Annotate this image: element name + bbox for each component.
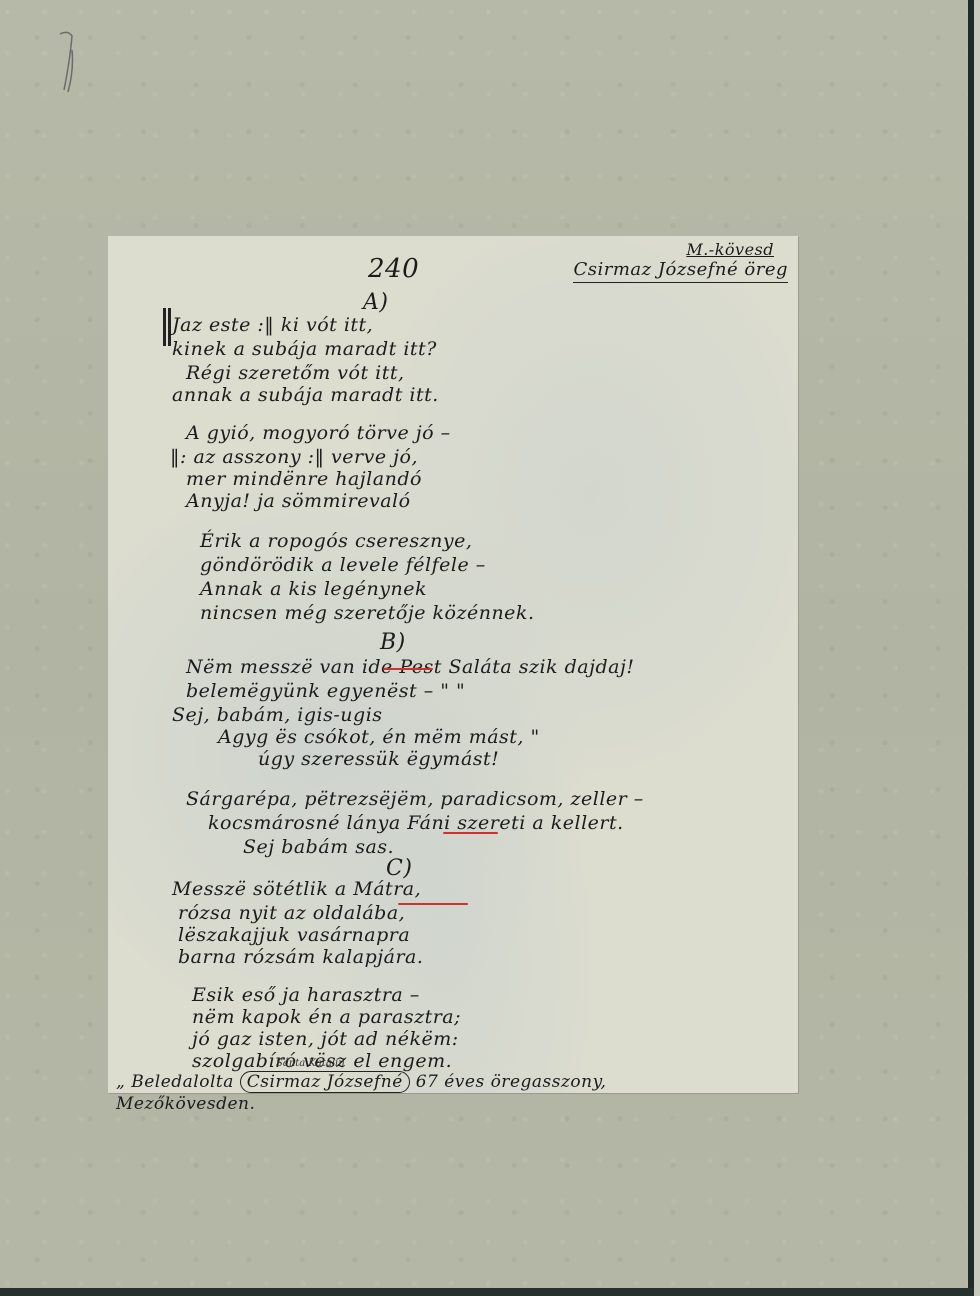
footer-suffix: 67 éves öregasszony, (416, 1072, 607, 1092)
section-label-a: A) (363, 290, 388, 315)
verse-line: Agyg ës csókot, én mëm mást, " (218, 726, 540, 748)
page-number: 240 (368, 254, 419, 284)
pencil-mark-icon (58, 30, 82, 100)
verse-line: Messzë sötétlik a Mátra, (172, 878, 421, 900)
red-underline-fani (443, 832, 498, 834)
verse-line: belemëgyünk egyenëst – " " (186, 680, 465, 702)
repeat-mark (168, 308, 171, 346)
verse-line: Sej, babám, igis-ugis (172, 704, 383, 726)
header-place: M.-kövesd (573, 240, 774, 259)
verse-line: jó gaz isten, jót ad nékëm: (192, 1028, 459, 1050)
verse-line: Érik a ropogós cseresznye, (200, 530, 472, 552)
verse-line: Anyja! ja sömmirevaló (186, 490, 411, 512)
verse-line: Annak a kis legénynek (200, 578, 427, 600)
verse-line: Jaz este :‖ ki vót itt, (172, 314, 373, 336)
verse-line: rózsa nyit az oldalába, (178, 902, 405, 924)
verse-line: Nëm messzë van ide Pest Saláta szik dajd… (186, 656, 634, 678)
verse-line: nincsen még szeretője közénnek. (200, 602, 534, 624)
header-informant: Csirmaz Józsefné öreg (573, 259, 788, 283)
footer-place: Mezőkövesden. (116, 1094, 255, 1114)
verse-line: úgy szeressük ëgymást! (258, 748, 499, 770)
verse-line: Sárgarépa, pëtrezsëjëm, paradicsom, zell… (186, 788, 644, 810)
section-label-b: B) (380, 630, 406, 655)
red-underline-matra (398, 903, 468, 905)
red-underline-pest (383, 668, 433, 670)
footer-note: „ Beledalolta Csirmaz Józsefné 67 éves ö… (116, 1072, 606, 1092)
verse-line-text: Nëm messzë van ide Pest Saláta szik dajd… (186, 656, 634, 678)
verse-line: barna rózsám kalapjára. (178, 946, 423, 968)
verse-line: kocsmárosné lánya Fáni szereti a kellert… (208, 812, 624, 834)
footer-prefix: „ Beledalolta (116, 1072, 234, 1092)
verse-line: Sej babám sas. (243, 836, 394, 858)
board-edge-right-light (974, 0, 980, 1296)
verse-line: nëm kapok én a parasztra; (192, 1006, 461, 1028)
verse-line: lëszakajjuk vasárnapra (178, 924, 410, 946)
verse-line: annak a subája maradt itt. (172, 384, 439, 406)
footer-informant: Csirmaz Józsefné (240, 1071, 410, 1093)
footer-superscript: Sánta Katalin (276, 1058, 345, 1069)
header-note: M.-kövesd Csirmaz Józsefné öreg (573, 240, 788, 283)
manuscript-sheet: M.-kövesd Csirmaz Józsefné öreg 240 A) J… (108, 236, 798, 1093)
verse-line: Esik eső ja harasztra – (192, 984, 420, 1006)
verse-line: kinek a subája maradt itt? (172, 338, 437, 360)
verse-line: Régi szeretőm vót itt, (186, 362, 405, 384)
verse-line: göndörödik a levele félfele – (200, 554, 486, 576)
verse-line: A gyió, mogyoró törve jó – (186, 422, 451, 444)
repeat-mark (163, 308, 166, 346)
verse-line: mer mindënre hajlandó (186, 468, 422, 490)
board-edge-bottom (0, 1288, 974, 1296)
verse-line: ‖: az asszony :‖ verve jó, (170, 446, 418, 468)
